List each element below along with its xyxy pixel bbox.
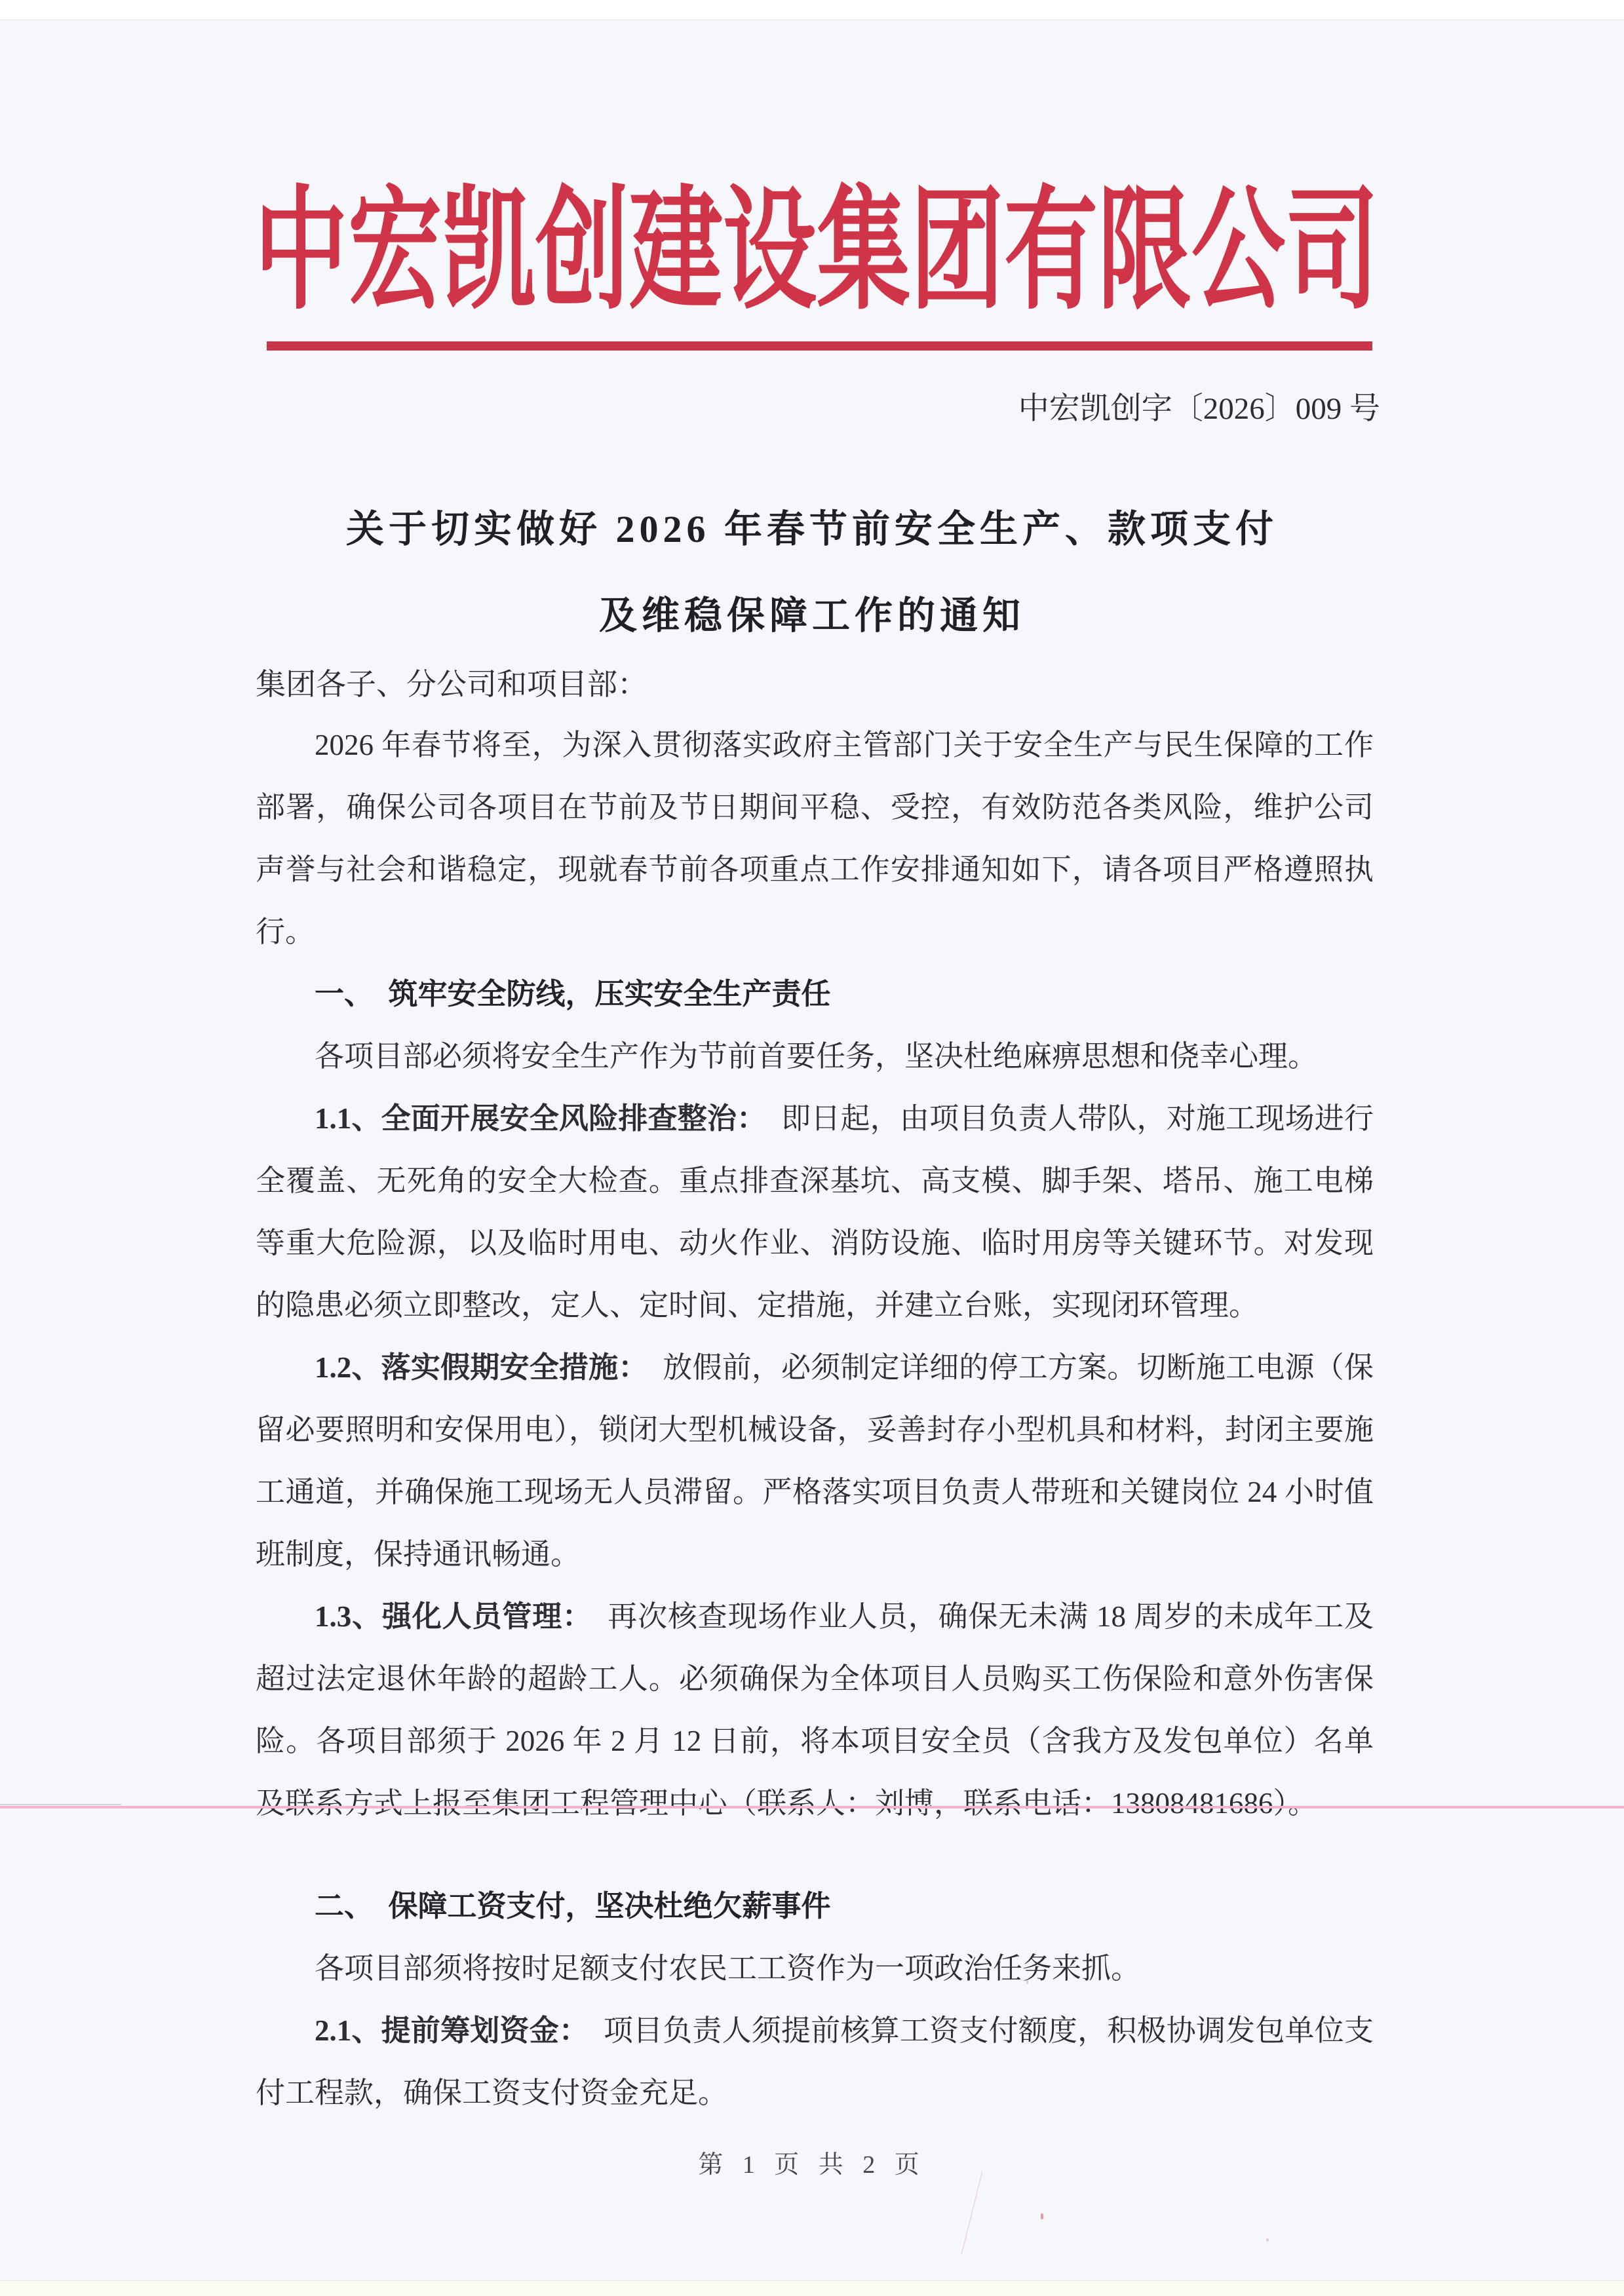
- page-footer: 第 1 页 共 2 页: [0, 2144, 1624, 2180]
- scanned-document-page: 中宏凯创建设集团有限公司 中宏凯创字〔2026〕009 号 关于切实做好 202…: [0, 0, 1624, 2296]
- scan-artifact-gray-line: [0, 1804, 121, 1805]
- section-heading: 一、 筑牢安全防线，压实安全生产责任: [256, 963, 1374, 1025]
- document-paragraph: 1.1、全面开展安全风险排查整治： 即日起，由项目负责人带队，对施工现场进行全覆…: [256, 1088, 1374, 1337]
- document-paragraph: 2.1、提前筹划资金： 项目负责人须提前核算工资支付额度，积极协调发包单位支付工…: [256, 2000, 1374, 2124]
- salutation: 集团各子、分公司和项目部：: [256, 660, 648, 704]
- scan-artifact-pink-line: [0, 1806, 1624, 1808]
- scan-artifact-speck: [1041, 2213, 1043, 2219]
- document-paragraph: 1.3、强化人员管理： 再次核查现场作业人员，确保无未满 18 周岁的未成年工及…: [256, 1586, 1374, 1835]
- paragraph-lead: 1.3、强化人员管理：: [315, 1600, 577, 1633]
- document-paragraph: 2026 年春节将至，为深入贯彻落实政府主管部门关于安全生产与民生保障的工作部署…: [256, 714, 1374, 963]
- paragraph-lead: 1.2、落实假期安全措施：: [315, 1351, 633, 1384]
- document-title-line1: 关于切实做好 2026 年春节前安全生产、款项支付: [0, 498, 1624, 553]
- section-heading: 二、 保障工资支付，坚决杜绝欠薪事件: [256, 1875, 1374, 1938]
- document-paragraph: 1.2、落实假期安全措施： 放假前，必须制定详细的停工方案。切断施工电源（保留必…: [256, 1337, 1374, 1586]
- letterhead-company-name: 中宏凯创建设集团有限公司: [254, 185, 1376, 318]
- document-title-line2: 及维稳保障工作的通知: [0, 584, 1624, 640]
- document-body: 2026 年春节将至，为深入贯彻落实政府主管部门关于安全生产与民生保障的工作部署…: [256, 714, 1374, 2124]
- letterhead-divider: [267, 341, 1372, 351]
- document-number: 中宏凯创字〔2026〕009 号: [0, 384, 1380, 428]
- scan-edge-bottom: [0, 2280, 1624, 2296]
- paragraph-lead: 2.1、提前筹划资金：: [315, 2014, 574, 2047]
- document-paragraph: 各项目部必须将安全生产作为节前首要任务，坚决杜绝麻痹思想和侥幸心理。: [256, 1025, 1374, 1088]
- scan-artifact-speck: [1266, 2238, 1269, 2242]
- scan-artifact-speck: [1026, 1980, 1028, 1984]
- paragraph-lead: 1.1、全面开展安全风险排查整治：: [315, 1102, 752, 1135]
- document-paragraph: 各项目部须将按时足额支付农民工工资作为一项政治任务来抓。: [256, 1938, 1374, 2000]
